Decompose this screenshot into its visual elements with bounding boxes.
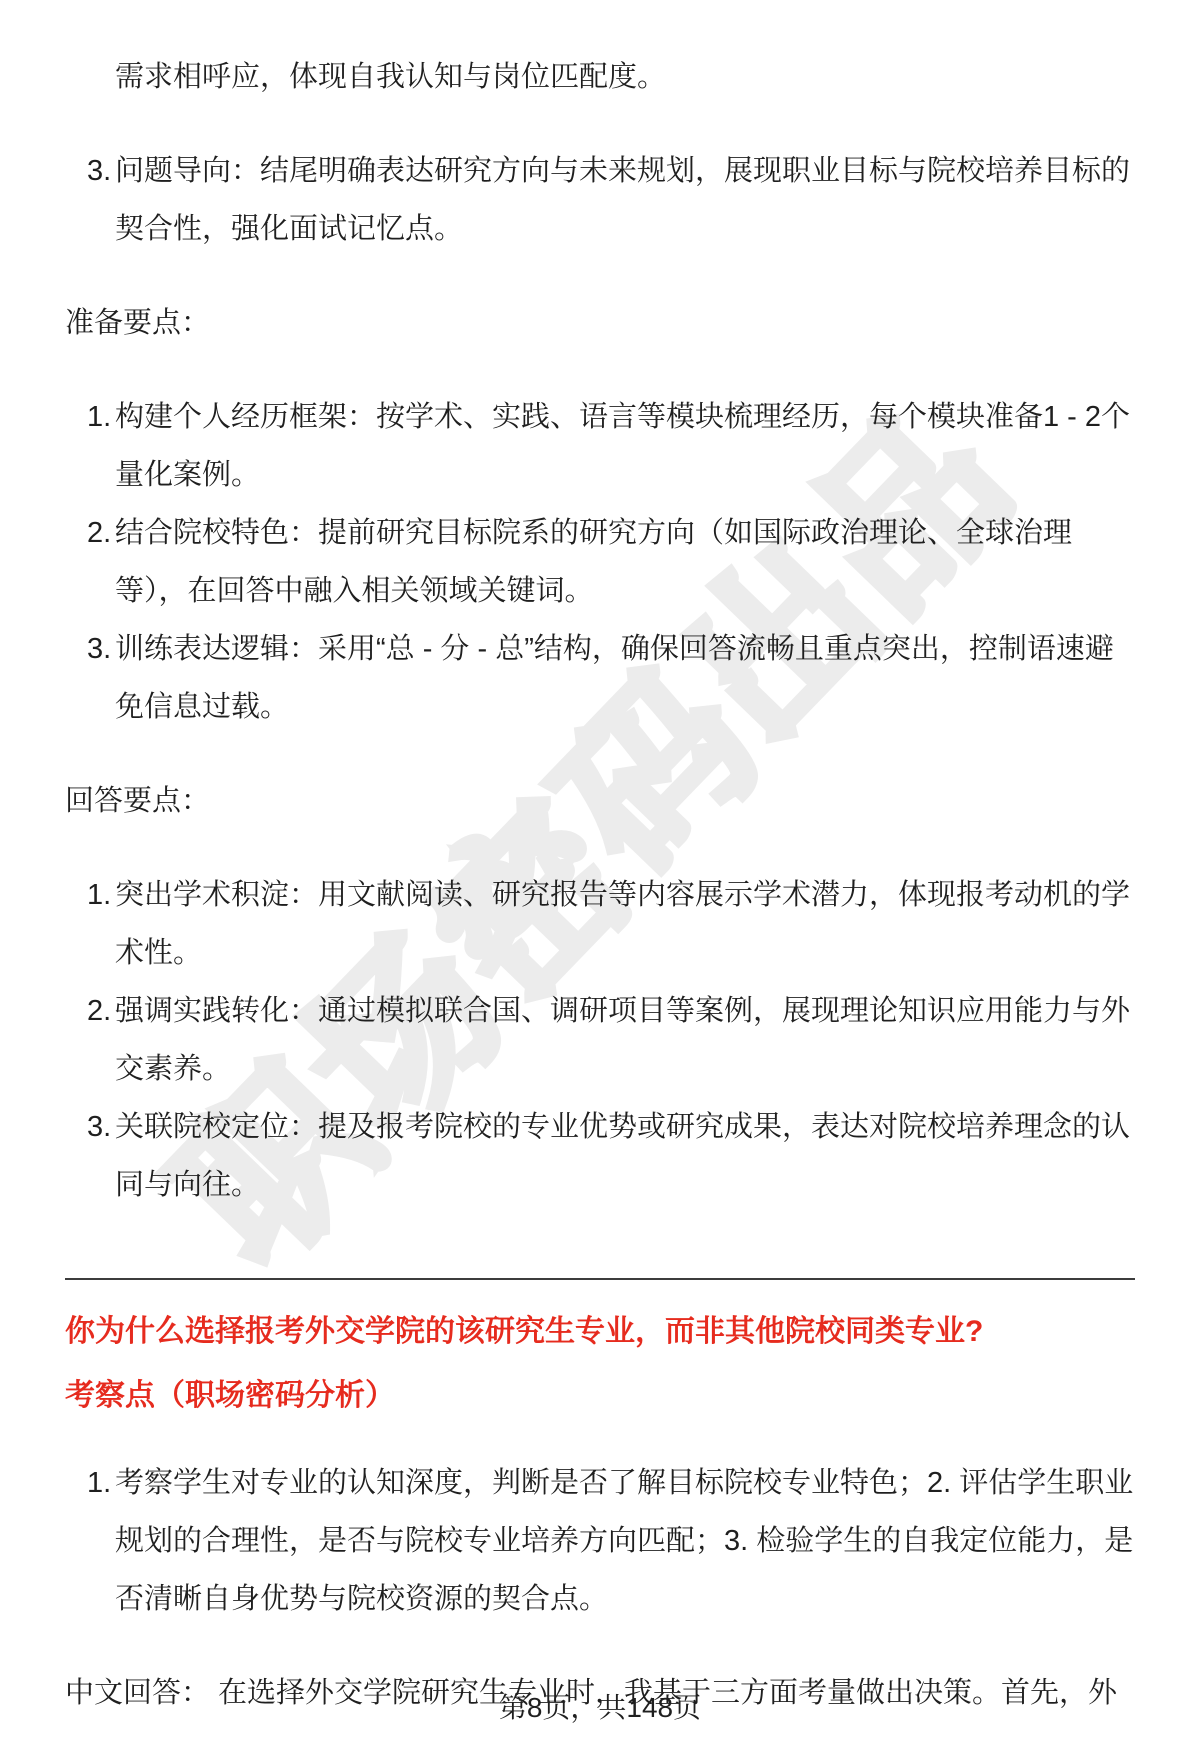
answer-list: 1. 突出学术积淀：用文献阅读、研究报告等内容展示学术潜力，体现报考动机的学术性… [65,866,1135,1214]
list-item: 3. 问题导向：结尾明确表达研究方向与未来规划，展现职业目标与院校培养目标的契合… [65,142,1135,258]
preparation-list: 1. 构建个人经历框架：按学术、实践、语言等模块梳理经历，每个模块准备1 - 2… [65,388,1135,736]
list-item: 3. 训练表达逻辑：采用“总 - 分 - 总”结构，确保回答流畅且重点突出，控制… [65,620,1135,736]
analysis-subtitle: 考察点（职场密码分析） [65,1374,1135,1418]
question-title: 你为什么选择报考外交学院的该研究生专业，而非其他院校同类专业? [65,1310,1135,1354]
list-item-number: 1. [65,1454,115,1628]
list-item-text: 考察学生对专业的认知深度，判断是否了解目标院校专业特色；2. 评估学生职业规划的… [115,1454,1135,1628]
document-content: 需求相呼应，体现自我认知与岗位匹配度。 3. 问题导向：结尾明确表达研究方向与未… [0,0,1200,1722]
list-item: 3. 关联院校定位：提及报考院校的专业优势或研究成果，表达对院校培养理念的认同与… [65,1098,1135,1214]
section-heading-answer: 回答要点： [65,772,1135,830]
list-item-number: 3. [65,620,115,736]
list-item: 1. 构建个人经历框架：按学术、实践、语言等模块梳理经历，每个模块准备1 - 2… [65,388,1135,504]
page-number: 第8页，共148页 [0,1686,1200,1730]
list-item-text: 构建个人经历框架：按学术、实践、语言等模块梳理经历，每个模块准备1 - 2个量化… [115,388,1135,504]
list-item-number: 3. [65,142,115,258]
list-item: 2. 结合院校特色：提前研究目标院系的研究方向（如国际政治理论、全球治理等），在… [65,504,1135,620]
list-item: 1. 考察学生对专业的认知深度，判断是否了解目标院校专业特色；2. 评估学生职业… [65,1454,1135,1628]
list-item-text: 问题导向：结尾明确表达研究方向与未来规划，展现职业目标与院校培养目标的契合性，强… [115,142,1135,258]
section-heading-preparation: 准备要点： [65,294,1135,352]
examination-points-list: 1. 考察学生对专业的认知深度，判断是否了解目标院校专业特色；2. 评估学生职业… [65,1454,1135,1628]
list-item: 2. 强调实践转化：通过模拟联合国、调研项目等案例，展现理论知识应用能力与外交素… [65,982,1135,1098]
list-item-number: 1. [65,866,115,982]
list-item-text: 训练表达逻辑：采用“总 - 分 - 总”结构，确保回答流畅且重点突出，控制语速避… [115,620,1135,736]
list-item-number: 1. [65,388,115,504]
document-page: 职场密码出品 需求相呼应，体现自我认知与岗位匹配度。 3. 问题导向：结尾明确表… [0,0,1200,1755]
list-item-text: 强调实践转化：通过模拟联合国、调研项目等案例，展现理论知识应用能力与外交素养。 [115,982,1135,1098]
list-item-number: 2. [65,982,115,1098]
paragraph-continuation: 需求相呼应，体现自我认知与岗位匹配度。 [65,48,1135,106]
list-item-text: 结合院校特色：提前研究目标院系的研究方向（如国际政治理论、全球治理等），在回答中… [115,504,1135,620]
list-item-text: 突出学术积淀：用文献阅读、研究报告等内容展示学术潜力，体现报考动机的学术性。 [115,866,1135,982]
carryover-list: 3. 问题导向：结尾明确表达研究方向与未来规划，展现职业目标与院校培养目标的契合… [65,142,1135,258]
list-item: 1. 突出学术积淀：用文献阅读、研究报告等内容展示学术潜力，体现报考动机的学术性… [65,866,1135,982]
list-item-number: 3. [65,1098,115,1214]
list-item-number: 2. [65,504,115,620]
list-item-text: 关联院校定位：提及报考院校的专业优势或研究成果，表达对院校培养理念的认同与向往。 [115,1098,1135,1214]
section-divider [65,1278,1135,1280]
